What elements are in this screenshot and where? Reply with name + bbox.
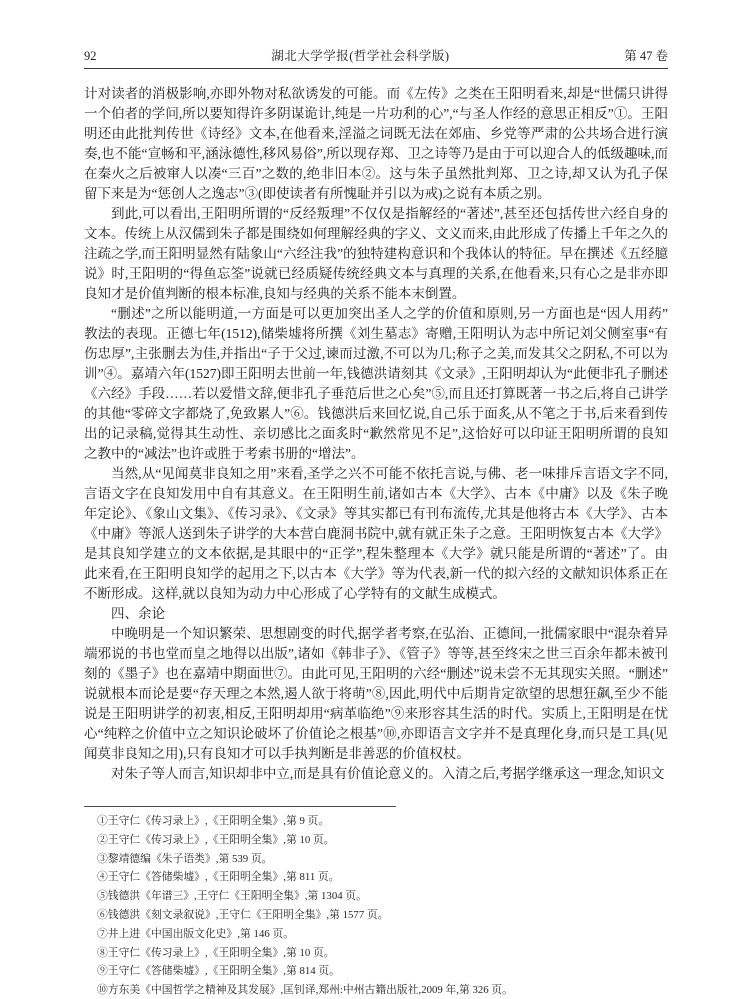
- footnote-divider: [84, 806, 396, 807]
- page-header: 92 湖北大学学报(哲学社会科学版) 第 47 卷: [84, 46, 668, 64]
- body-paragraph: 到此,可以看出,王阳明所谓的“反经叛理”不仅仅是指解经的“著述”,甚至还包括传世…: [84, 204, 668, 304]
- footnote-item: ⑥钱德洪《刻文录叙说》,王守仁《王阳明全集》,第 1577 页。: [97, 906, 694, 925]
- body-paragraph: 计对读者的消极影响,亦即外物对私欲诱发的可能。而《左传》之类在王阳明看来,却是“…: [84, 84, 668, 204]
- footnote-item: ⑦井上进《中国出版文化史》,第 146 页。: [97, 925, 694, 944]
- journal-title: 湖北大学学报(哲学社会科学版): [271, 46, 449, 64]
- footnote-item: ⑨王守仁《答储柴墟》,《王阳明全集》,第 814 页。: [97, 962, 694, 981]
- footnote-item: ⑤钱德洪《年谱三》,王守仁《王阳明全集》,第 1304 页。: [97, 887, 694, 906]
- header-divider: [84, 68, 668, 69]
- page-number: 92: [84, 49, 97, 64]
- footnote-item: ②王守仁《传习录上》,《王阳明全集》,第 10 页。: [97, 831, 694, 850]
- footnote-item: ③黎靖德编《朱子语类》,第 539 页。: [97, 850, 694, 869]
- body-paragraph: 中晚明是一个知识繁荣、思想剧变的时代,据学者考察,在弘治、正德间,一批儒家眼中“…: [84, 624, 668, 764]
- article-body: 计对读者的消极影响,亦即外物对私欲诱发的可能。而《左传》之类在王阳明看来,却是“…: [84, 84, 668, 784]
- body-paragraph: 当然,从“见闻莫非良知之用”来看,圣学之兴不可能不依托言说,与佛、老一味排斥言语…: [84, 464, 668, 604]
- footnote-item: ⑩方东美《中国哲学之精神及其发展》,匡钊译,郑州:中州古籍出版社,2009 年,…: [97, 981, 694, 999]
- footnote-item: ⑧王守仁《传习录上》,《王阳明全集》,第 10 页。: [97, 944, 694, 963]
- footnote-item: ④王守仁《答储柴墟》,《王阳明全集》,第 811 页。: [97, 868, 694, 887]
- footnotes-block: ①王守仁《传习录上》,《王阳明全集》,第 9 页。 ②王守仁《传习录上》,《王阳…: [97, 812, 694, 999]
- footnote-item: ①王守仁《传习录上》,《王阳明全集》,第 9 页。: [97, 812, 694, 831]
- body-paragraph: “删述”之所以能明道,一方面是可以更加突出圣人之学的价值和原则,另一方面也是“因…: [84, 304, 668, 464]
- journal-page: 92 湖北大学学报(哲学社会科学版) 第 47 卷 计对读者的消极影响,亦即外物…: [0, 0, 750, 999]
- section-heading-yulun: 四、余论: [84, 604, 668, 624]
- volume-label: 第 47 卷: [624, 46, 668, 64]
- body-paragraph: 对朱子等人而言,知识却非中立,而是具有价值论意义的。入清之后,考据学继承这一理念…: [84, 764, 668, 784]
